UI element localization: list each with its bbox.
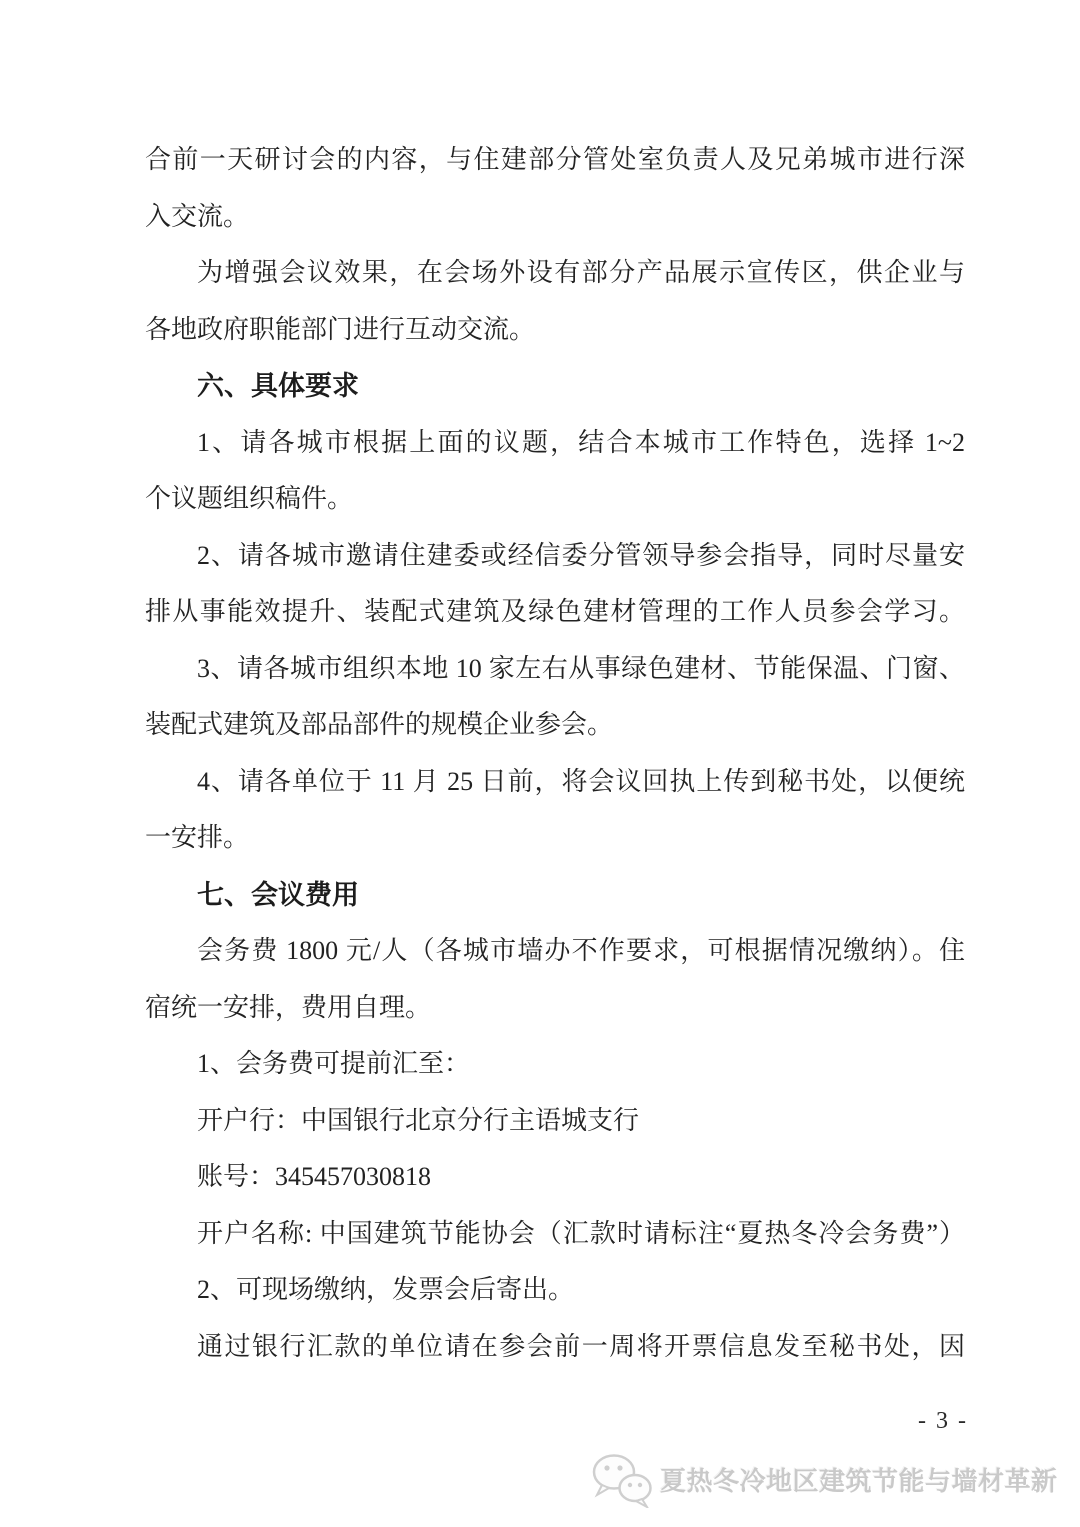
document-line: 通过银行汇款的单位请在参会前一周将开票信息发至秘书处，因 xyxy=(145,1319,965,1376)
page-number: - 3 - xyxy=(918,1408,968,1435)
document-line: 个议题组织稿件。 xyxy=(145,471,965,528)
document-page: 合前一天研讨会的内容，与住建部分管处室负责人及兄弟城市进行深入交流。为增强会议效… xyxy=(0,0,1080,1527)
document-line: 2、请各城市邀请住建委或经信委分管领导参会指导，同时尽量安 xyxy=(145,528,965,585)
wechat-icon xyxy=(590,1450,654,1508)
watermark-text: 夏热冬冷地区建筑节能与墙材革新 xyxy=(660,1461,1058,1498)
document-line: 入交流。 xyxy=(145,189,965,246)
section-heading: 七、会议费用 xyxy=(145,867,965,924)
document-line: 为增强会议效果，在会场外设有部分产品展示宣传区，供企业与 xyxy=(145,245,965,302)
document-line: 宿统一安排，费用自理。 xyxy=(145,980,965,1037)
section-heading: 六、具体要求 xyxy=(145,358,965,415)
document-line: 开户行：中国银行北京分行主语城支行 xyxy=(145,1093,965,1150)
document-line: 2、可现场缴纳，发票会后寄出。 xyxy=(145,1262,965,1319)
document-line: 合前一天研讨会的内容，与住建部分管处室负责人及兄弟城市进行深 xyxy=(145,132,965,189)
watermark: 夏热冬冷地区建筑节能与墙材革新 xyxy=(590,1448,1058,1510)
document-line: 账号：345457030818 xyxy=(145,1149,965,1206)
document-line: 4、请各单位于 11 月 25 日前，将会议回执上传到秘书处，以便统 xyxy=(145,754,965,811)
document-line: 3、请各城市组织本地 10 家左右从事绿色建材、节能保温、门窗、 xyxy=(145,641,965,698)
document-line: 排从事能效提升、装配式建筑及绿色建材管理的工作人员参会学习。 xyxy=(145,584,965,641)
document-line: 各地政府职能部门进行互动交流。 xyxy=(145,302,965,359)
document-body: 合前一天研讨会的内容，与住建部分管处室负责人及兄弟城市进行深入交流。为增强会议效… xyxy=(145,132,965,1375)
document-line: 一安排。 xyxy=(145,810,965,867)
document-line: 1、请各城市根据上面的议题，结合本城市工作特色，选择 1~2 xyxy=(145,415,965,472)
document-line: 开户名称: 中国建筑节能协会（汇款时请标注“夏热冬冷会务费”） xyxy=(145,1206,965,1263)
document-line: 1、会务费可提前汇至： xyxy=(145,1036,965,1093)
document-line: 装配式建筑及部品部件的规模企业参会。 xyxy=(145,697,965,754)
document-line: 会务费 1800 元/人（各城市墙办不作要求，可根据情况缴纳）。住 xyxy=(145,923,965,980)
